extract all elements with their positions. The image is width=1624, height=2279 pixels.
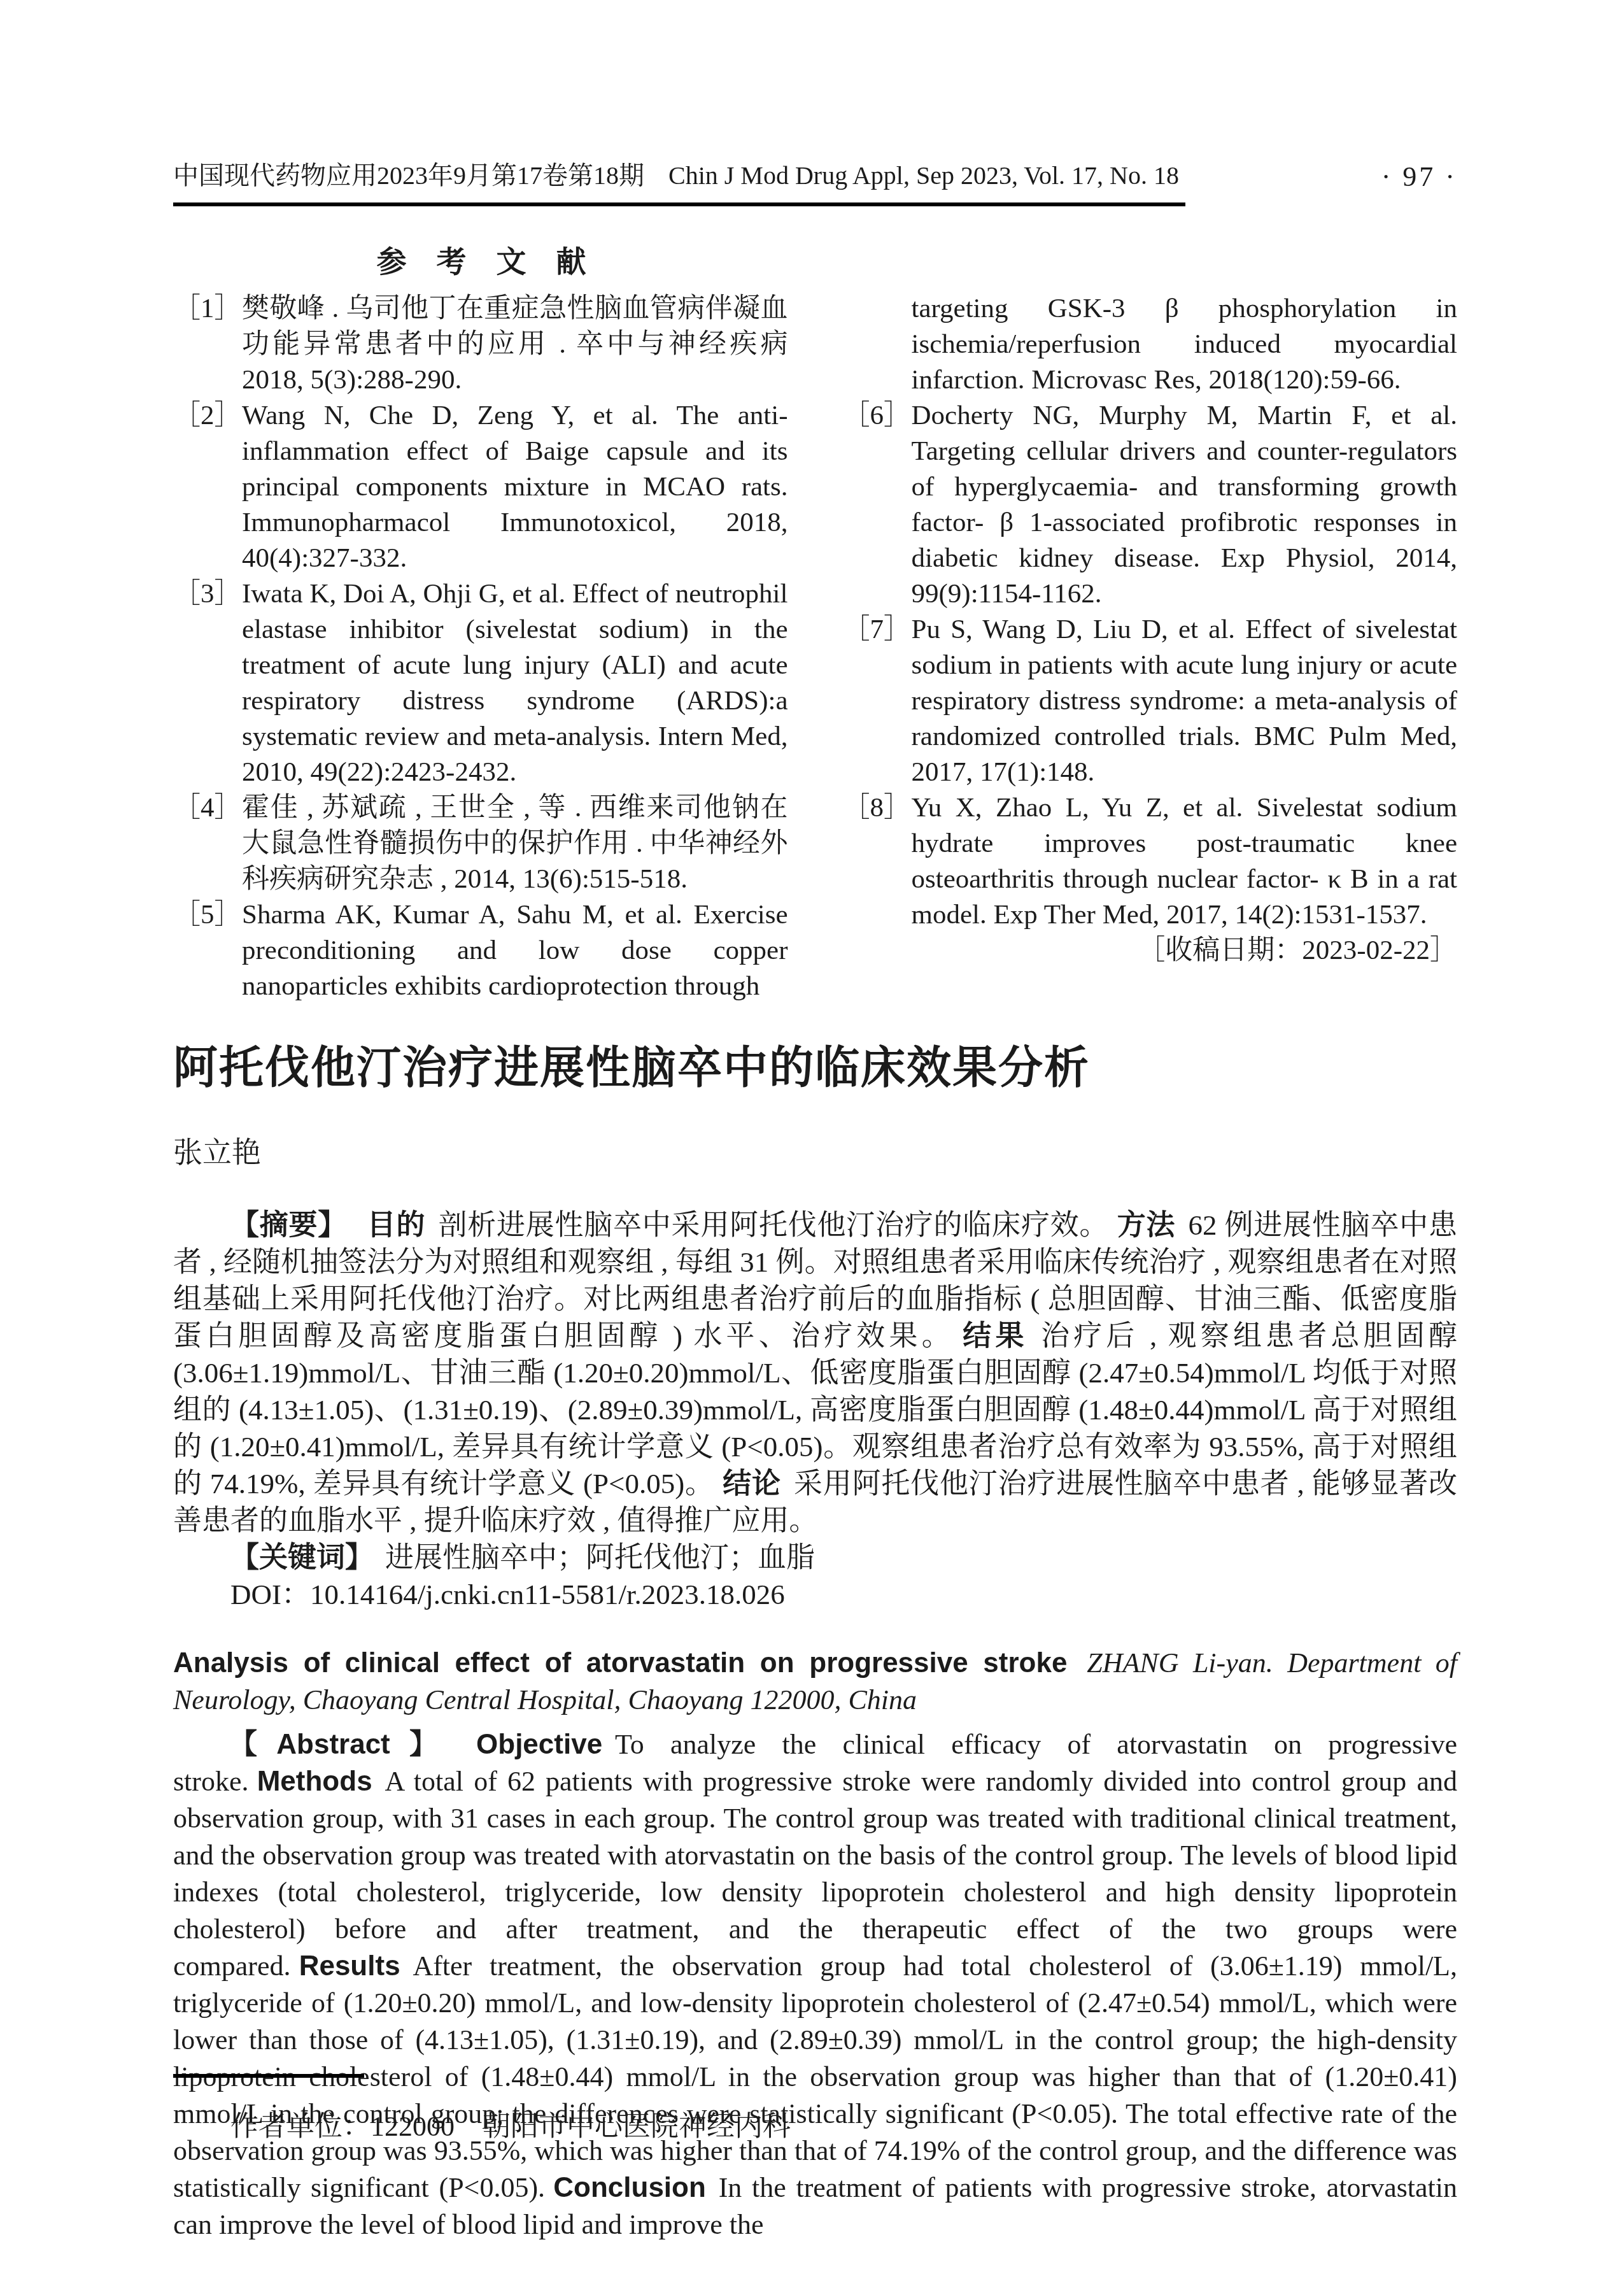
reference-text: 霍佳 , 苏斌疏 , 王世全 , 等 . 西维来司他钠在大鼠急性脊髓损伤中的保护… xyxy=(242,790,788,897)
footnote-rule xyxy=(173,2074,364,2078)
reference-number: ［2］ xyxy=(173,398,242,576)
results-label: 结果 xyxy=(963,1319,1027,1352)
english-abstract: 【Abstract】ObjectiveTo analyze the clinic… xyxy=(173,1726,1457,2243)
reference-item: ［8］ Yu X, Zhao L, Yu Z, et al. Sivelesta… xyxy=(843,790,1458,933)
reference-number: ［3］ xyxy=(173,576,242,790)
keywords-line: 【关键词】进展性脑卒中；阿托伐他汀；血脂 xyxy=(173,1539,1457,1576)
reference-text: Wang N, Che D, Zeng Y, et al. The anti-i… xyxy=(242,398,788,576)
reference-number: ［6］ xyxy=(843,398,912,612)
reference-text: Pu S, Wang D, Liu D, et al. Effect of si… xyxy=(912,612,1458,790)
references-section: ［1］ 樊敬峰 . 乌司他丁在重症急性脑血管病伴凝血功能异常患者中的应用 . 卒… xyxy=(173,291,1457,1004)
doi-line: DOI：10.14164/j.cnki.cn11-5581/r.2023.18.… xyxy=(173,1576,1457,1613)
reference-item: ［5］ Sharma AK, Kumar A, Sahu M, et al. E… xyxy=(173,897,788,1004)
abstract-cn: 【摘要】目的剖析进展性脑卒中采用阿托伐他汀治疗的临床疗效。方法62 例进展性脑卒… xyxy=(173,1207,1457,1539)
reference-item: ［2］ Wang N, Che D, Zeng Y, et al. The an… xyxy=(173,398,788,576)
english-methods-text: A total of 62 patients with progressive … xyxy=(173,1766,1457,1982)
author-affiliation: 作者单位：122000 朝阳市中心医院神经内科 xyxy=(173,2103,1460,2144)
received-date: ［收稿日期：2023-02-22］ xyxy=(843,933,1458,969)
reference-continuation: targeting GSK-3 β phosphorylation in isc… xyxy=(843,291,1458,398)
reference-text: Docherty NG, Murphy M, Martin F, et al. … xyxy=(912,398,1458,612)
reference-number: ［4］ xyxy=(173,790,242,897)
english-section: Analysis of clinical effect of atorvasta… xyxy=(173,1645,1457,2243)
reference-item: ［3］ Iwata K, Doi A, Ohji G, et al. Effec… xyxy=(173,576,788,790)
keywords-label: 【关键词】 xyxy=(230,1541,374,1573)
journal-title-cn: 中国现代药物应用2023年9月第17卷第18期 xyxy=(173,161,644,190)
journal-page: 中国现代药物应用2023年9月第17卷第18期Chin J Mod Drug A… xyxy=(0,0,1624,2279)
reference-item: ［6］ Docherty NG, Murphy M, Martin F, et … xyxy=(843,398,1458,612)
english-title-line: Analysis of clinical effect of atorvasta… xyxy=(173,1645,1457,1719)
english-title: Analysis of clinical effect of atorvasta… xyxy=(173,1647,1067,1679)
reference-item: ［7］ Pu S, Wang D, Liu D, et al. Effect o… xyxy=(843,612,1458,790)
references-heading: 参 考 文 献 xyxy=(173,238,789,281)
journal-info: 中国现代药物应用2023年9月第17卷第18期Chin J Mod Drug A… xyxy=(173,160,1185,206)
footnote: 作者单位：122000 朝阳市中心医院神经内科 xyxy=(173,2074,1460,2144)
reference-text: 樊敬峰 . 乌司他丁在重症急性脑血管病伴凝血功能异常患者中的应用 . 卒中与神经… xyxy=(242,291,788,398)
english-conclusion-label: Conclusion xyxy=(553,2172,706,2203)
reference-number: ［5］ xyxy=(173,897,242,1004)
reference-number: ［7］ xyxy=(843,612,912,790)
references-left-column: ［1］ 樊敬峰 . 乌司他丁在重症急性脑血管病伴凝血功能异常患者中的应用 . 卒… xyxy=(173,291,788,1004)
conclusion-label: 结论 xyxy=(723,1467,781,1500)
methods-label: 方法 xyxy=(1117,1209,1176,1241)
english-abstract-label: 【Abstract】 xyxy=(229,1729,456,1760)
english-methods-label: Methods xyxy=(257,1766,372,1797)
journal-title-en: Chin J Mod Drug Appl, Sep 2023, Vol. 17,… xyxy=(668,161,1179,190)
reference-text: Sharma AK, Kumar A, Sahu M, et al. Exerc… xyxy=(242,897,788,1004)
reference-text: Yu X, Zhao L, Yu Z, et al. Sivelestat so… xyxy=(912,790,1458,933)
reference-number: ［8］ xyxy=(843,790,912,933)
keywords-text: 进展性脑卒中；阿托伐他汀；血脂 xyxy=(385,1542,815,1573)
objective-label: 目的 xyxy=(367,1209,426,1241)
objective-text: 剖析进展性脑卒中采用阿托伐他汀治疗的临床疗效。 xyxy=(438,1209,1108,1241)
page-number: · 97 · xyxy=(1381,160,1457,194)
abstract-label: 【摘要】 xyxy=(230,1209,347,1241)
reference-item: ［1］ 樊敬峰 . 乌司他丁在重症急性脑血管病伴凝血功能异常患者中的应用 . 卒… xyxy=(173,291,788,398)
article-author: 张立艳 xyxy=(173,1129,1457,1171)
article-title: 阿托伐他汀治疗进展性脑卒中的临床效果分析 xyxy=(173,1041,1457,1095)
reference-number: ［1］ xyxy=(173,291,242,398)
reference-item: ［4］ 霍佳 , 苏斌疏 , 王世全 , 等 . 西维来司他钠在大鼠急性脊髓损伤… xyxy=(173,790,788,897)
references-right-column: targeting GSK-3 β phosphorylation in isc… xyxy=(843,291,1458,1004)
english-results-label: Results xyxy=(299,1950,400,1982)
page-header: 中国现代药物应用2023年9月第17卷第18期Chin J Mod Drug A… xyxy=(173,160,1457,206)
english-objective-label: Objective xyxy=(476,1729,602,1760)
reference-text: Iwata K, Doi A, Ohji G, et al. Effect of… xyxy=(242,576,788,790)
